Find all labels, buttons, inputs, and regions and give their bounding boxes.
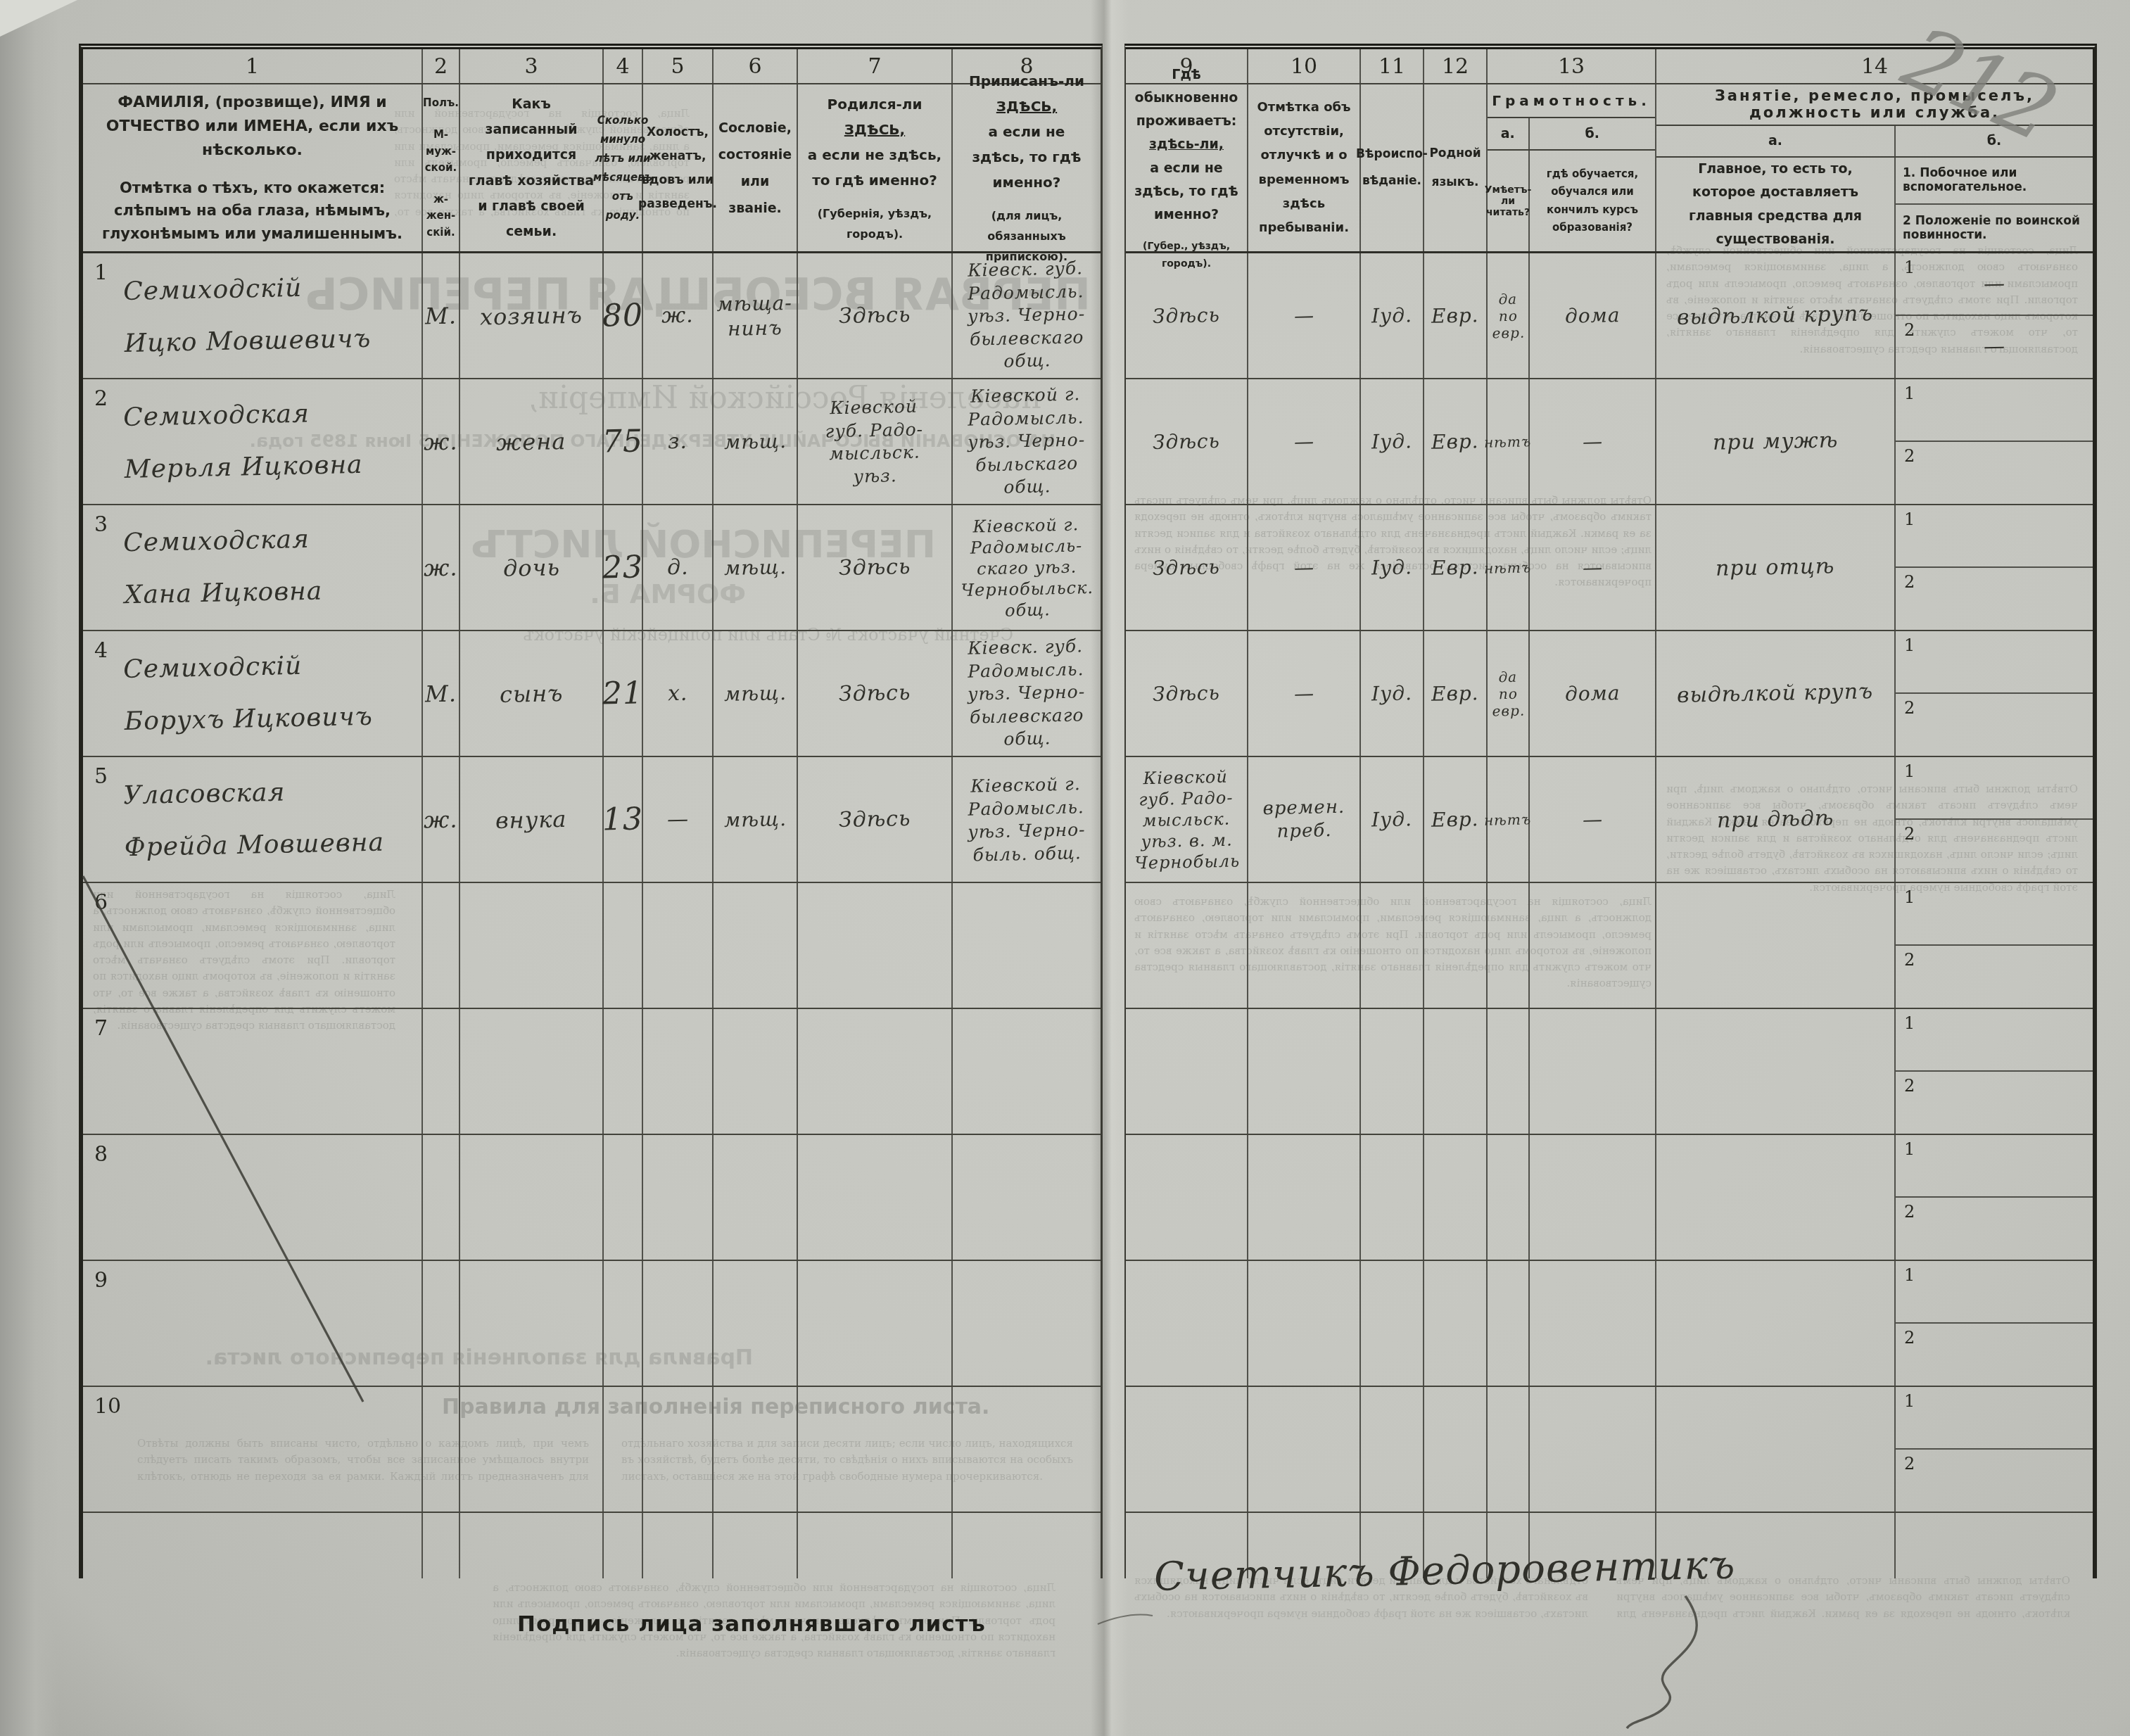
cell: мѣщ. <box>714 757 798 882</box>
row2-residence: Здѣсь <box>1153 429 1221 455</box>
cell: 4Семиходскій Борухъ Ицковичъ <box>83 631 423 756</box>
cell: 8 <box>83 1135 423 1260</box>
person-row-3-right: Здѣсь — Іуд. Евр. нѣтъ — при отцѣ 1 2 <box>1126 505 2093 631</box>
row4-religion: Іуд. <box>1371 680 1413 706</box>
cell <box>714 1387 798 1512</box>
cell: 1 2 <box>1896 1009 2093 1134</box>
row4-sex: М. <box>425 680 457 707</box>
row1-occupation: выдѣлкой крупъ <box>1677 301 1874 330</box>
cell: 1 2 <box>1896 631 2093 756</box>
row3-education: — <box>1582 555 1603 581</box>
person-row-3-left: 3Семиходская Хана Ицковна ж. дочь 23 д. … <box>83 505 1101 631</box>
col8-here: ЗДѢСЬ, <box>996 98 1057 115</box>
row1-education: дома <box>1564 303 1620 329</box>
col8-post: а если не здѣсь, то гдѣ именно? <box>960 119 1093 195</box>
row3-sex: ж. <box>424 554 458 581</box>
row5-birthplace: Здѣсь <box>838 806 911 832</box>
cell: Кіевской г. Радомысль- скаго уѣз. Черноб… <box>953 505 1101 630</box>
row2-sex: ж. <box>424 428 458 455</box>
printed-1: 1 <box>1904 887 1915 907</box>
cell: з. <box>643 379 714 504</box>
cell <box>604 883 643 1008</box>
cell <box>423 883 460 1008</box>
row1-marital: ж. <box>661 303 694 329</box>
signature-label: Подпись лица заполнявшаго листъ <box>517 1611 986 1637</box>
row1-side-occupation: — <box>1983 271 2005 296</box>
row4-literacy: да по евр. <box>1491 668 1525 719</box>
cell <box>460 1513 604 1578</box>
row3-name: Семиходская Хана Ицковна <box>82 513 323 622</box>
row3-language: Евр. <box>1431 555 1479 580</box>
cell <box>1424 1261 1488 1386</box>
row2-birthplace: Кіевской губ. Радо- мысльск. уѣз. <box>825 395 925 488</box>
cell: 75 <box>604 379 643 504</box>
col2-line1: Полъ. <box>423 95 459 111</box>
printed-1: 1 <box>1904 1139 1915 1159</box>
row3-literacy: нѣтъ <box>1484 559 1532 576</box>
cell: М. <box>423 253 460 378</box>
cell <box>798 1387 953 1512</box>
cell <box>1488 1009 1530 1134</box>
cell <box>604 1387 643 1512</box>
signature-flourish <box>1627 1596 1697 1728</box>
row3-absence: — <box>1293 555 1314 581</box>
col14-number: 14 <box>1861 54 1888 79</box>
row2-occupation: при мужѣ <box>1713 428 1839 455</box>
col7-here: ЗДѢСЬ, <box>844 121 905 138</box>
row3-occupation: при отцѣ <box>1716 554 1835 581</box>
empty-row-8-right: 1 2 <box>1126 1135 2093 1261</box>
cell: 21 <box>604 631 643 756</box>
row1-registered: Кіевск. губ. Радомысль. уѣз. Черно- быле… <box>967 258 1087 374</box>
cell: 1— 2— <box>1896 253 2093 378</box>
col11-number: 11 <box>1378 54 1405 79</box>
col13b-letter: б. <box>1530 118 1655 149</box>
cell <box>604 1135 643 1260</box>
row5-marital: — <box>666 807 689 832</box>
cell: при мужѣ <box>1656 379 1896 504</box>
printed-2: 2 <box>1904 950 1915 970</box>
cell: 1 2 <box>1896 883 2093 1008</box>
person-row-5-right: Кіевской губ. Радо- мысльск. уѣз. в. м. … <box>1126 757 2093 883</box>
cell: мѣщ. <box>714 631 798 756</box>
cell <box>1530 1387 1656 1512</box>
cell: — <box>1530 379 1656 504</box>
row1-birthplace: Здѣсь <box>838 303 911 329</box>
row3-registered: Кіевской г. Радомысль- скаго уѣз. Черноб… <box>959 514 1093 622</box>
cell: выдѣлкой крупъ <box>1656 253 1896 378</box>
cell <box>643 883 714 1008</box>
cell <box>798 1009 953 1134</box>
cell: Кіевской губ. Радо- мысльск. уѣз. в. м. … <box>1126 757 1248 882</box>
row1-literacy: да по евр. <box>1491 290 1525 341</box>
cell: 1 2 <box>1896 1387 2093 1512</box>
col7-pre: Родился-ли <box>828 96 923 113</box>
cell: нѣтъ <box>1488 379 1530 504</box>
printed-1: 1 <box>1904 1391 1915 1411</box>
column-header-row: ФАМИЛІЯ, (прозвище), ИМЯ и ОТЧЕСТВО или … <box>83 84 1101 253</box>
cell: Здѣсь <box>1126 631 1248 756</box>
cell: мѣща- нинъ <box>714 253 798 378</box>
col5-header: Холостъ, женатъ, вдовъ или разведенъ. <box>643 84 714 251</box>
cell <box>1530 1009 1656 1134</box>
col5-number: 5 <box>671 54 684 79</box>
col7-number: 7 <box>868 54 881 79</box>
row1-sex: М. <box>425 302 457 329</box>
cell: Іуд. <box>1361 379 1424 504</box>
row5-absence: времен. преб. <box>1262 796 1345 843</box>
row2-religion: Іуд. <box>1371 429 1413 454</box>
cell <box>423 1387 460 1512</box>
col10-header: Отмѣтка объ отсутствіи, отлучкѣ и о врем… <box>1248 84 1361 251</box>
person-row-5-left: 5Уласовская Фрейда Мовшевна ж. внука 13 … <box>83 757 1101 883</box>
col2-number: 2 <box>434 54 448 79</box>
cell: Здѣсь <box>1126 505 1248 630</box>
col12-header: Родной языкъ. <box>1424 84 1488 251</box>
printed-1: 1 <box>1904 258 1915 277</box>
cell: нѣтъ <box>1488 505 1530 630</box>
cell <box>1656 1009 1896 1134</box>
row4-name: Семиходскій Борухъ Ицковичъ <box>82 638 373 748</box>
cell: времен. преб. <box>1248 757 1361 882</box>
cell <box>1126 1009 1248 1134</box>
cell <box>423 1135 460 1260</box>
col14a-label: Главное, то есть то, которое доставляетъ… <box>1656 158 1896 251</box>
cell: Здѣсь <box>1126 253 1248 378</box>
cell <box>423 1513 460 1578</box>
cell: дома <box>1530 631 1656 756</box>
row7-number: 7 <box>94 1016 108 1041</box>
person-row-1-right: Здѣсь — Іуд. Евр. да по евр. дома выдѣлк… <box>1126 253 2093 379</box>
cell: Кіевск. губ. Радомысль. уѣз. Черно- быле… <box>953 253 1101 378</box>
cell: 1 2 <box>1896 505 2093 630</box>
row5-language: Евр. <box>1431 806 1479 832</box>
cell: ж. <box>643 253 714 378</box>
row5-name: Уласовская Фрейда Мовшевна <box>82 764 385 875</box>
cell <box>1424 1387 1488 1512</box>
row2-education: — <box>1582 429 1603 455</box>
col3-number: 3 <box>524 54 538 79</box>
col12-number: 12 <box>1442 54 1469 79</box>
cell <box>460 1261 604 1386</box>
cell: 1 2 <box>1896 1261 2093 1386</box>
cell: М. <box>423 631 460 756</box>
cell <box>460 1009 604 1134</box>
row2-relation: жена <box>496 427 566 455</box>
row1-name: Семиходскій Ицко Мовшевичъ <box>82 260 372 370</box>
cell <box>1530 1261 1656 1386</box>
cell <box>714 1261 798 1386</box>
row5-religion: Іуд. <box>1371 806 1413 832</box>
cell: дома <box>1530 253 1656 378</box>
empty-row-10-right: 1 2 <box>1126 1387 2093 1513</box>
row3-religion: Іуд. <box>1371 555 1413 580</box>
cell <box>1424 1009 1488 1134</box>
cell <box>1488 1135 1530 1260</box>
printed-2: 2 <box>1904 1076 1915 1096</box>
printed-2: 2 <box>1904 1202 1915 1222</box>
cell <box>1656 1387 1896 1512</box>
cell: — <box>1530 505 1656 630</box>
cell: 1Семиходскій Ицко Мовшевичъ <box>83 253 423 378</box>
row6-number: 6 <box>94 890 108 915</box>
printed-2: 2 <box>1904 698 1915 718</box>
col7-paren: (Губернія, уѣздъ, городъ). <box>805 204 944 245</box>
cell: Кіевск. губ. Радомысль. уѣз. Черно- быле… <box>953 631 1101 756</box>
cell: х. <box>643 631 714 756</box>
cell <box>1361 883 1424 1008</box>
cell: Здѣсь <box>1126 379 1248 504</box>
row4-education: дома <box>1564 680 1620 707</box>
cell: 10 <box>83 1387 423 1512</box>
printed-2: 2 <box>1904 1454 1915 1474</box>
row2-language: Евр. <box>1431 429 1479 454</box>
cell <box>460 883 604 1008</box>
row10-number: 10 <box>94 1394 121 1419</box>
col6-header: Сословіе, состояніе или званіе. <box>714 84 798 251</box>
cell: — <box>1248 253 1361 378</box>
col14b-label-cell: 1. Побочное или вспомогательное. 2 Полож… <box>1896 158 2093 251</box>
col13-group-title: Грамотность. <box>1488 84 1655 118</box>
cell <box>1126 1135 1248 1260</box>
cell: жена <box>460 379 604 504</box>
col1-note: Отмѣтка о тѣхъ, кто окажется: слѣпымъ на… <box>100 177 405 246</box>
person-row-1-left: 1Семиходскій Ицко Мовшевичъ М. хозяинъ 8… <box>83 253 1101 379</box>
row4-age: 21 <box>602 675 643 711</box>
row5-relation: внука <box>495 805 567 833</box>
cell <box>1248 883 1361 1008</box>
row4-estate: мѣщ. <box>723 680 787 707</box>
cell: 3Семиходская Хана Ицковна <box>83 505 423 630</box>
cell: Кіевской г. Радомысль. уѣз. Черно- быль.… <box>953 757 1101 882</box>
column-number-row: 1 2 3 4 5 6 7 8 <box>83 49 1101 84</box>
cell <box>1361 1135 1424 1260</box>
cell <box>1248 1261 1361 1386</box>
cell <box>1424 1135 1488 1260</box>
row5-estate: мѣщ. <box>723 806 787 832</box>
cell: Іуд. <box>1361 253 1424 378</box>
row5-occupation: при дѣдѣ <box>1716 806 1834 832</box>
row2-age: 75 <box>602 423 643 460</box>
empty-row-10-left: 10 <box>83 1387 1101 1513</box>
printed-2: 2 <box>1904 1328 1915 1348</box>
cell <box>604 1513 643 1578</box>
cell <box>1126 1261 1248 1386</box>
table-left-sheet: 1 2 3 4 5 6 7 8 ФАМИЛІЯ, (прозвище), ИМЯ… <box>79 44 1103 1578</box>
cell <box>1424 883 1488 1008</box>
col9-post: а если не здѣсь, то гдѣ именно? <box>1133 157 1240 227</box>
cell: при дѣдѣ <box>1656 757 1896 882</box>
cell: при отцѣ <box>1656 505 1896 630</box>
cell <box>714 1513 798 1578</box>
cell <box>953 1135 1101 1260</box>
cell: Здѣсь <box>798 757 953 882</box>
printed-1: 1 <box>1904 1013 1915 1033</box>
bleedthrough-paragraph: Лица, состоящія на государственной или о… <box>493 1580 1056 1713</box>
cell: 2Семиходская Мерьля Ицковна <box>83 379 423 504</box>
cell <box>604 1009 643 1134</box>
row4-residence: Здѣсь <box>1153 680 1221 707</box>
cell <box>423 1261 460 1386</box>
row8-number: 8 <box>94 1142 108 1167</box>
col3-header: Какъ записанный приходится главѣ хозяйст… <box>460 84 604 251</box>
col13a-letter: а. <box>1488 118 1530 149</box>
row4-language: Евр. <box>1431 680 1479 706</box>
row1-language: Евр. <box>1431 303 1479 328</box>
cell <box>714 1009 798 1134</box>
cell: нѣтъ <box>1488 757 1530 882</box>
row1-age: 80 <box>602 297 643 334</box>
cell <box>1361 1009 1424 1134</box>
cell <box>1361 1387 1424 1512</box>
cell <box>798 1513 953 1578</box>
row2-estate: мѣщ. <box>723 429 787 455</box>
cell: ж. <box>423 757 460 882</box>
cell: Іуд. <box>1361 505 1424 630</box>
cell: 1 2 <box>1896 379 2093 504</box>
row3-estate: мѣщ. <box>723 555 787 581</box>
printed-1: 1 <box>1904 509 1915 529</box>
cell <box>643 1261 714 1386</box>
cell: — <box>1248 505 1361 630</box>
cell: выдѣлкой крупъ <box>1656 631 1896 756</box>
col10-number: 10 <box>1291 54 1317 79</box>
cell: 5Уласовская Фрейда Мовшевна <box>83 757 423 882</box>
col8-pre: Приписанъ-ли <box>969 72 1084 89</box>
col13-number: 13 <box>1558 54 1585 79</box>
row1-residence: Здѣсь <box>1153 303 1221 329</box>
cell: Евр. <box>1424 253 1488 378</box>
cell <box>714 1135 798 1260</box>
cell: 23 <box>604 505 643 630</box>
row1-military: — <box>1983 334 2005 360</box>
cell: сынъ <box>460 631 604 756</box>
col4-number: 4 <box>616 54 629 79</box>
row3-birthplace: Здѣсь <box>838 555 911 581</box>
cell: — <box>1248 379 1361 504</box>
cell <box>1248 1009 1361 1134</box>
cell: — <box>1530 757 1656 882</box>
empty-row-8-left: 8 <box>83 1135 1101 1261</box>
row1-religion: Іуд. <box>1371 303 1413 328</box>
cell <box>604 1261 643 1386</box>
col9-here: здѣсь-ли, <box>1149 137 1224 152</box>
table-tail-left <box>83 1513 1101 1578</box>
col7-post: а если не здѣсь, то гдѣ именно? <box>805 142 944 193</box>
col13-header: Грамотность. а. б. Умѣетъ-ли читать? гдѣ… <box>1488 84 1656 251</box>
row4-registered: Кіевск. губ. Радомысль. уѣз. Черно- быле… <box>967 635 1087 752</box>
cell <box>643 1135 714 1260</box>
row5-age: 13 <box>602 801 643 837</box>
col2-header: Полъ. М-муж-ской. ж-жен-скій. <box>423 84 460 251</box>
printed-1: 1 <box>1904 1265 1915 1285</box>
cell: мѣщ. <box>714 379 798 504</box>
cell: 9 <box>83 1261 423 1386</box>
person-row-2-left: 2Семиходская Мерьля Ицковна ж. жена 75 з… <box>83 379 1101 505</box>
printed-2: 2 <box>1904 446 1915 466</box>
cell <box>953 1513 1101 1578</box>
empty-row-9-left: 9 <box>83 1261 1101 1387</box>
col2-line2: М-муж-ской. <box>423 127 459 176</box>
cell <box>1126 1387 1248 1512</box>
row2-name: Семиходская Мерьля Ицковна <box>82 387 363 497</box>
cell: дочь <box>460 505 604 630</box>
col1-header: ФАМИЛІЯ, (прозвище), ИМЯ и ОТЧЕСТВО или … <box>83 84 423 251</box>
paper-edge-shade <box>0 0 59 1736</box>
cell: Евр. <box>1424 631 1488 756</box>
col13b-label: гдѣ обучается, обучался или кончилъ курс… <box>1530 151 1655 251</box>
cell <box>460 1135 604 1260</box>
row2-literacy: нѣтъ <box>1484 433 1532 450</box>
cell: Здѣсь <box>798 253 953 378</box>
row3-age: 23 <box>602 549 643 585</box>
row1-absence: — <box>1293 303 1314 329</box>
printed-2: 2 <box>1904 320 1915 340</box>
cell: 13 <box>604 757 643 882</box>
col11-header: Вѣроиспо-вѣданіе. <box>1361 84 1424 251</box>
printed-1: 1 <box>1904 761 1915 781</box>
cell <box>953 883 1101 1008</box>
cell <box>953 1387 1101 1512</box>
cell: 80 <box>604 253 643 378</box>
cell <box>1488 1387 1530 1512</box>
cell: да по евр. <box>1488 253 1530 378</box>
col7-header: Родился-ли ЗДѢСЬ, а если не здѣсь, то гд… <box>798 84 953 251</box>
row4-relation: сынъ <box>499 680 563 708</box>
empty-row-6-right: 1 2 <box>1126 883 2093 1009</box>
cell <box>798 1261 953 1386</box>
cell <box>1488 1261 1530 1386</box>
row9-number: 9 <box>94 1268 108 1293</box>
row3-relation: дочь <box>502 554 560 582</box>
printed-2: 2 <box>1904 572 1915 592</box>
col14b-side-label: 1. Побочное или вспомогательное. <box>1896 158 2093 205</box>
cell <box>1488 883 1530 1008</box>
cell <box>798 883 953 1008</box>
cell: мѣщ. <box>714 505 798 630</box>
cell <box>1530 1135 1656 1260</box>
person-row-4-right: Здѣсь — Іуд. Евр. да по евр. дома выдѣлк… <box>1126 631 2093 757</box>
cell: 7 <box>83 1009 423 1134</box>
col13a-label: Умѣетъ-ли читать? <box>1488 151 1530 251</box>
row2-marital: з. <box>668 429 688 455</box>
cell <box>798 1135 953 1260</box>
row2-registered: Кіевской г. Радомысль. уѣз. Черно- быльс… <box>967 384 1087 500</box>
row5-education: — <box>1582 807 1603 832</box>
empty-row-6-left: 6 <box>83 883 1101 1009</box>
cell <box>1656 883 1896 1008</box>
census-form-scan: ПЕРВАЯ ВСЕОБЩАЯ ПЕРЕПИСЬ населенія Россі… <box>0 0 2130 1736</box>
cell: Евр. <box>1424 757 1488 882</box>
cell: Кіевской губ. Радо- мысльск. уѣз. <box>798 379 953 504</box>
cell: Здѣсь <box>798 631 953 756</box>
col1-main: ФАМИЛІЯ, (прозвище), ИМЯ и ОТЧЕСТВО или … <box>100 91 405 163</box>
cell: да по евр. <box>1488 631 1530 756</box>
cell: ж. <box>423 379 460 504</box>
row3-residence: Здѣсь <box>1153 555 1221 581</box>
row5-sex: ж. <box>424 806 458 833</box>
printed-1: 1 <box>1904 635 1915 655</box>
cell <box>1656 1135 1896 1260</box>
person-row-2-right: Здѣсь — Іуд. Евр. нѣтъ — при мужѣ 1 2 <box>1126 379 2093 505</box>
cell: 6 <box>83 883 423 1008</box>
row5-residence: Кіевской губ. Радо- мысльск. уѣз. в. м. … <box>1132 766 1240 873</box>
cell <box>643 1513 714 1578</box>
cell: 1 2 <box>1896 1135 2093 1260</box>
cell: Іуд. <box>1361 757 1424 882</box>
row4-birthplace: Здѣсь <box>838 680 911 707</box>
row3-marital: д. <box>666 555 688 581</box>
